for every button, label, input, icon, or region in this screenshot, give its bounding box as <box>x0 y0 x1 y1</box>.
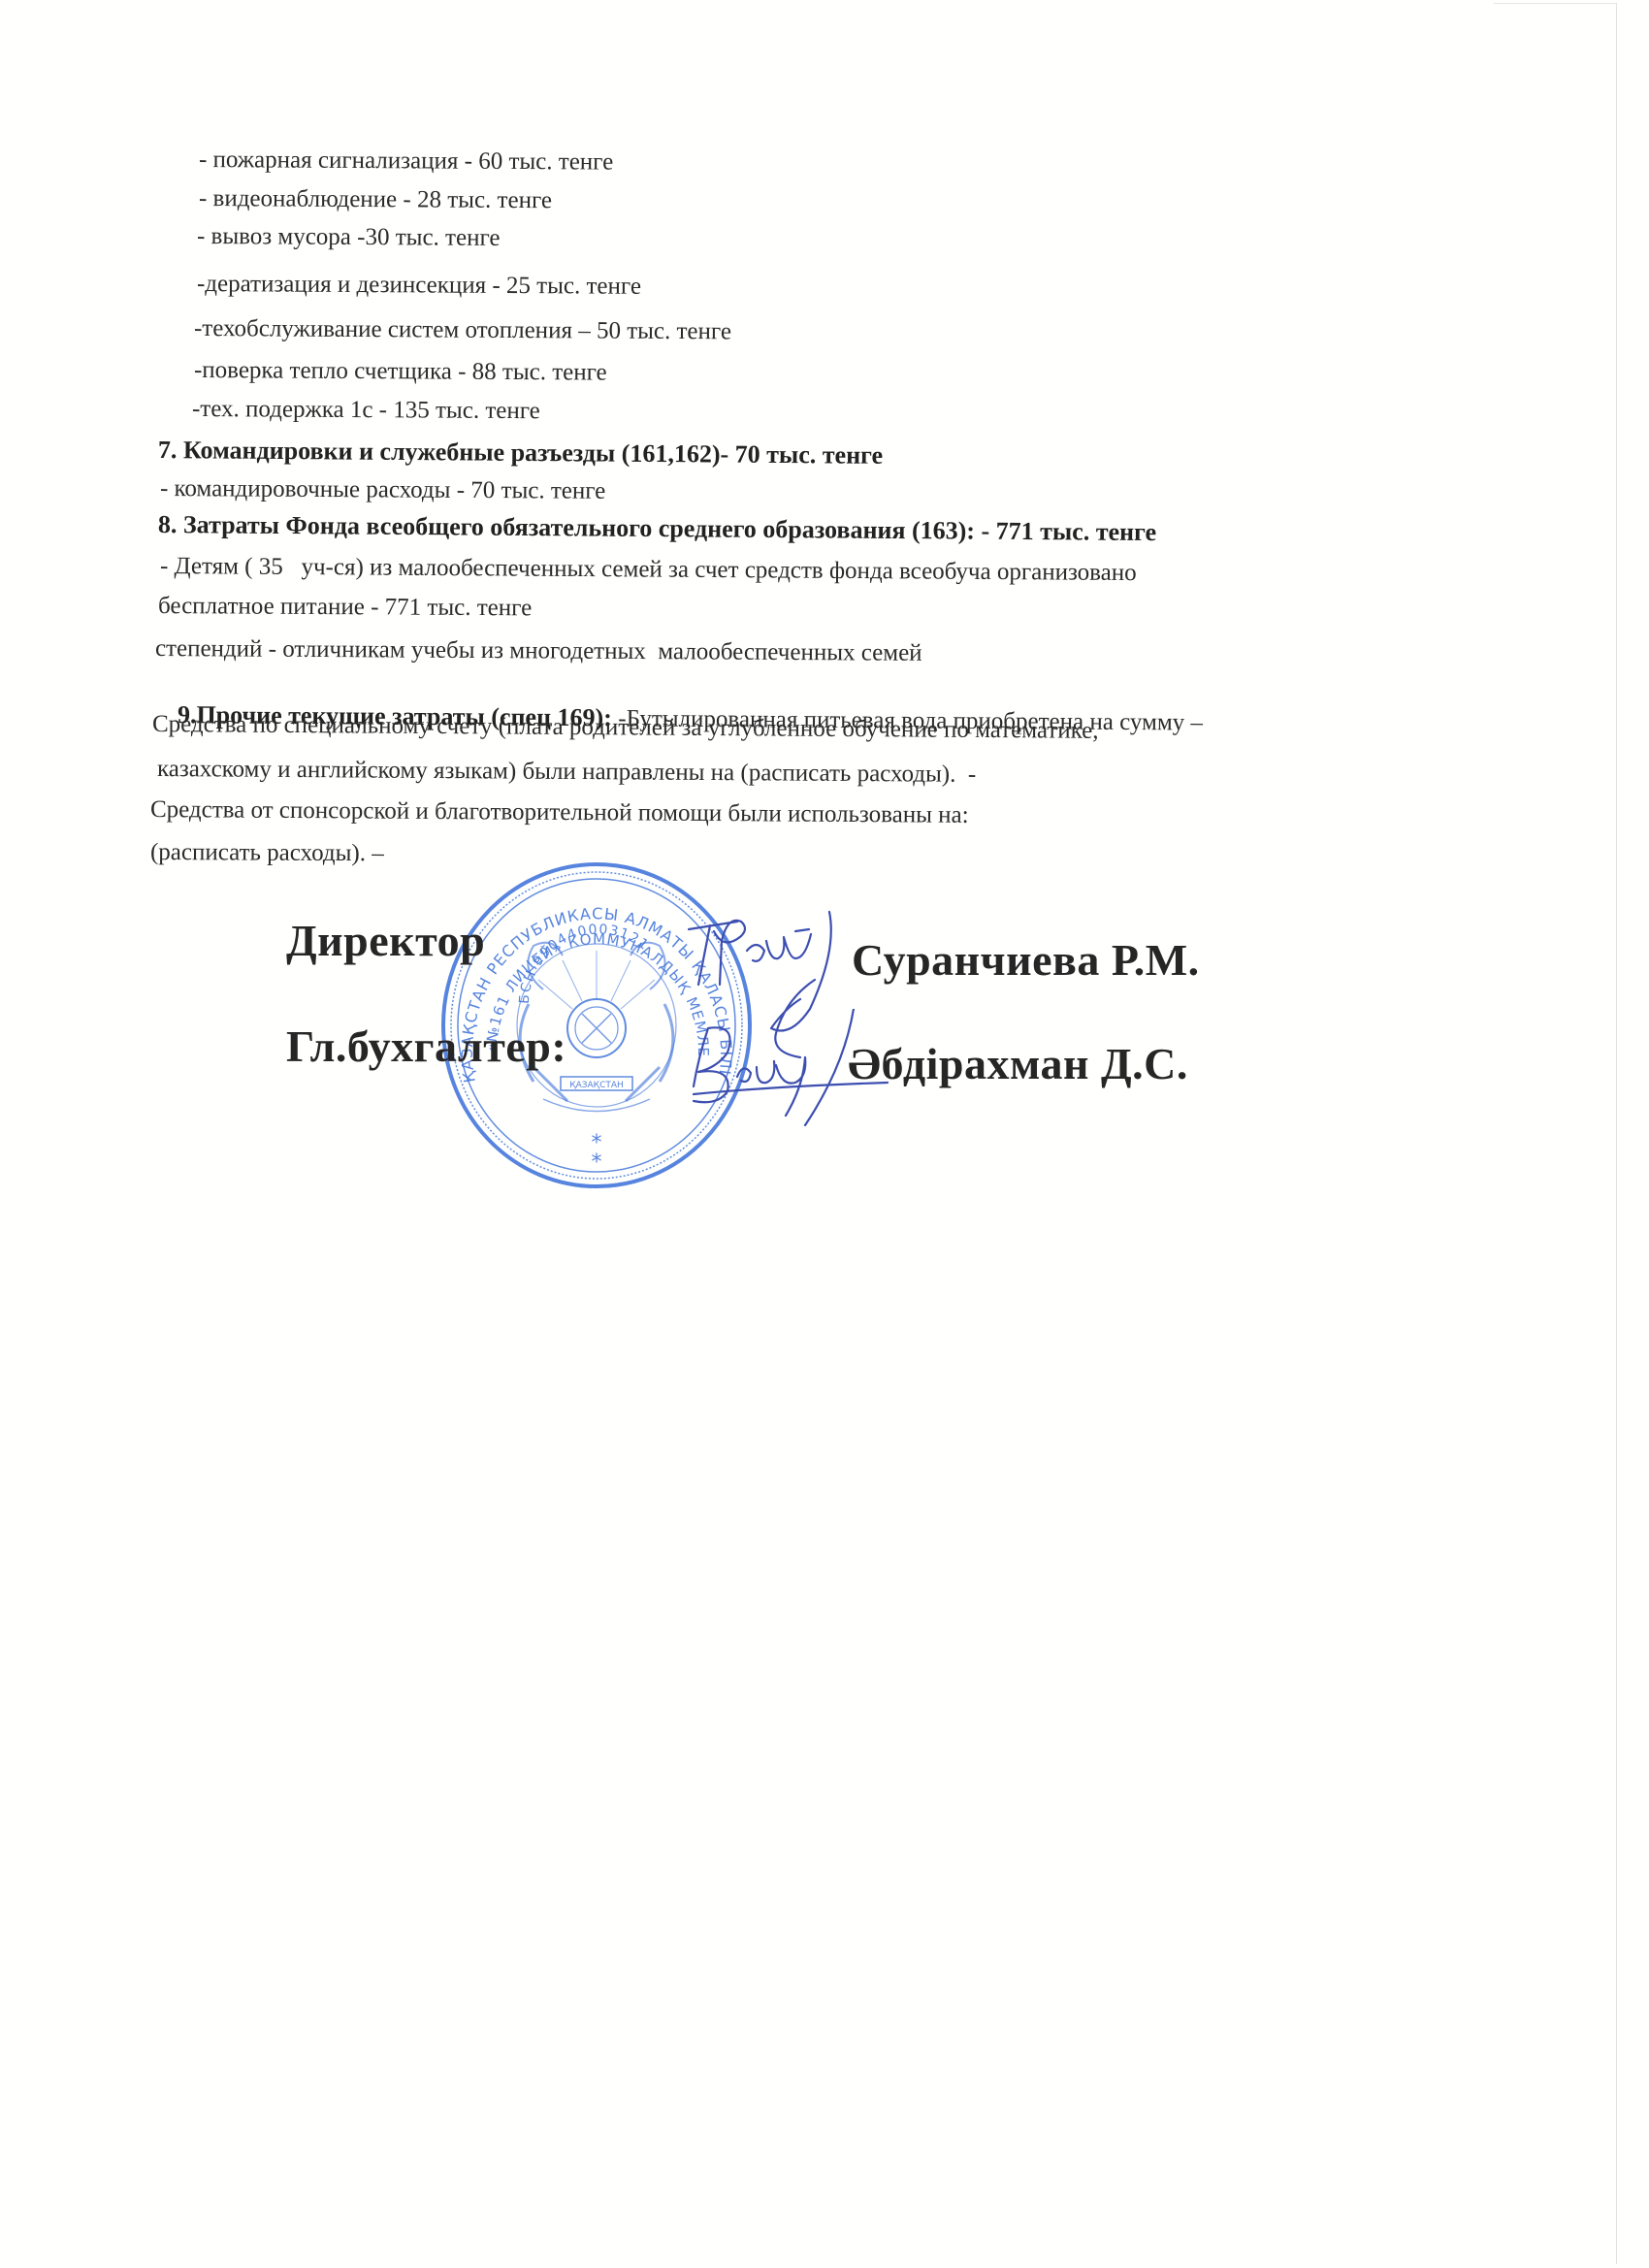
scan-edge <box>1494 3 1617 4</box>
expense-item: -тех. подержка 1с - 135 тыс. тенге <box>192 395 540 426</box>
paragraph-line: степендий - отличникам учебы из многодет… <box>155 634 922 668</box>
scan-edge <box>1616 4 1617 2264</box>
paragraph-line: - Детям ( 35 уч-ся) из малообеспеченных … <box>160 552 1137 588</box>
document-page: - пожарная сигнализация - 60 тыс. тенге … <box>0 0 1649 2268</box>
expense-item: -дератизация и дезинсекция - 25 тыс. тен… <box>197 270 641 302</box>
expense-item: -поверка тепло счетщика - 88 тыс. тенге <box>194 356 607 388</box>
accountant-label: Гл.бухгалтер: <box>286 1021 566 1072</box>
expense-item: - вывоз мусора -30 тыс. тенге <box>197 222 501 253</box>
director-name: Суранчиева Р.М. <box>852 934 1200 986</box>
paragraph-line: (расписать расходы). – <box>150 838 384 868</box>
expense-item: - командировочные расходы - 70 тыс. тенг… <box>160 474 605 506</box>
paragraph-line: Средства от спонсорской и благотворитель… <box>150 795 969 830</box>
section-heading: 8. Затраты Фонда всеобщего обязательного… <box>158 510 1156 547</box>
expense-item: - видеонаблюдение - 28 тыс. тенге <box>199 184 552 215</box>
expense-item: -техобслуживание систем отопления – 50 т… <box>194 314 731 346</box>
stamp-star: * <box>592 1150 602 1175</box>
section-heading: 7. Командировки и служебные разъезды (16… <box>158 436 883 470</box>
expense-item: - пожарная сигнализация - 60 тыс. тенге <box>199 146 613 178</box>
director-label: Директор <box>286 915 485 966</box>
paragraph-line: казахскому и английскому языкам) были на… <box>157 755 976 790</box>
accountant-name: Әбдірахман Д.С. <box>848 1038 1188 1089</box>
paragraph-line: бесплатное питание - 771 тыс. тенге <box>158 592 532 623</box>
stamp-emblem-label: ҚАЗАҚСТАН <box>569 1081 624 1090</box>
